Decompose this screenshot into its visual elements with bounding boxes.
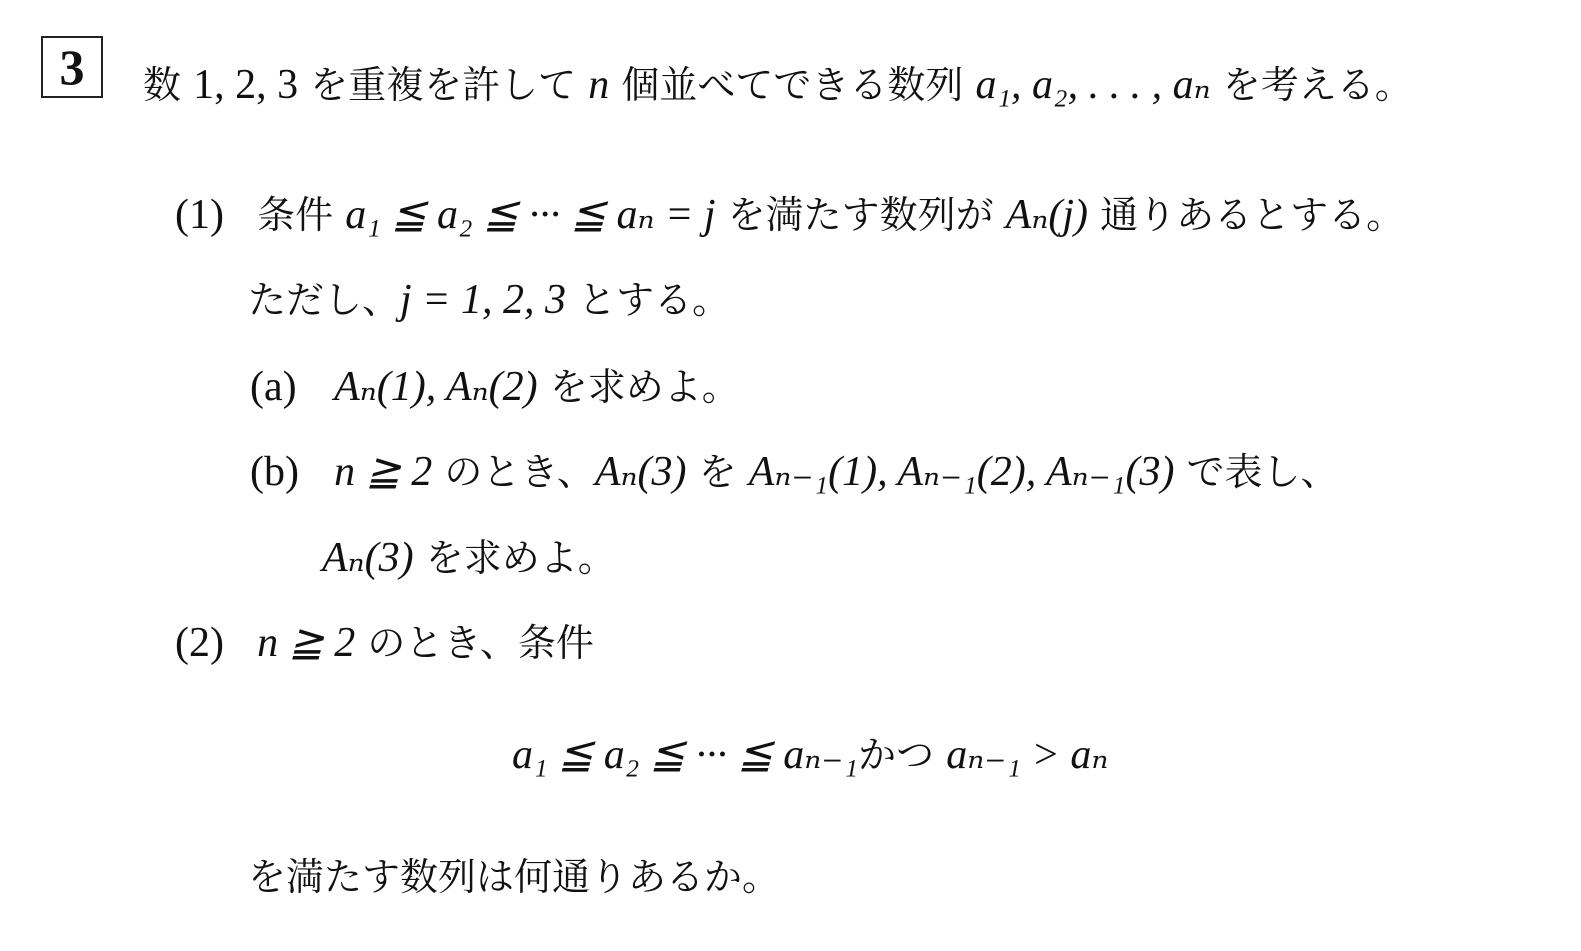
part1a-expr: Aₙ(1), Aₙ(2) — [334, 364, 538, 410]
display-right: aₙ₋₁ > aₙ — [946, 732, 1108, 778]
part1b-line2-text: を求めよ。 — [414, 536, 616, 580]
part1-expr: Aₙ(j) — [1006, 192, 1088, 238]
part1-line2-text-1: ただし、 — [248, 278, 400, 322]
part1-line2: ただし、j = 1, 2, 3 とする。 — [248, 275, 730, 325]
part1b-line2-expr: Aₙ(3) — [322, 535, 414, 581]
part2-text: のとき、条件 — [355, 621, 594, 665]
part1b-label: (b) — [250, 447, 322, 497]
part2-closing: を満たす数列は何通りあるか。 — [248, 852, 780, 902]
part2-condition: n ≧ 2 — [257, 620, 355, 666]
part1-text-1: 条件 — [257, 193, 345, 237]
part1-text-2: を満たす数列が — [716, 193, 1006, 237]
display-mid: かつ — [858, 733, 934, 777]
part1b-text-2: を — [687, 450, 749, 494]
part2-display-condition: a₁ ≦ a₂ ≦ ··· ≦ aₙ₋₁かつ aₙ₋₁ > aₙ — [512, 730, 1108, 780]
part1-line2-condition: j = 1, 2, 3 — [400, 277, 566, 323]
intro-sequence: a₁, a₂, . . . , aₙ — [975, 62, 1210, 108]
intro-text-2: を重複を許して — [298, 63, 588, 107]
problem-intro: 数 1, 2, 3 を重複を許して n 個並べてできる数列 a₁, a₂, . … — [143, 60, 1413, 110]
part1b-text-3: で表し、 — [1174, 450, 1338, 494]
intro-numbers: 1, 2, 3 — [193, 62, 298, 108]
part2-closing-text: を満たす数列は何通りあるか。 — [248, 855, 780, 899]
part1b-condition: n ≧ 2 — [334, 449, 432, 495]
part1-condition: a₁ ≦ a₂ ≦ ··· ≦ aₙ = j — [345, 192, 715, 238]
part1b-line2: Aₙ(3) を求めよ。 — [322, 533, 616, 583]
part2-line1: (2) n ≧ 2 のとき、条件 — [175, 618, 594, 668]
display-left: a₁ ≦ a₂ ≦ ··· ≦ aₙ₋₁ — [512, 732, 858, 778]
intro-text-3: 個並べてできる数列 — [609, 63, 975, 107]
part1-line2-text-2: とする。 — [566, 278, 730, 322]
intro-n: n — [588, 62, 609, 108]
part1b-expr2: Aₙ₋₁(1), Aₙ₋₁(2), Aₙ₋₁(3) — [749, 449, 1175, 495]
intro-text-4: を考える。 — [1211, 63, 1413, 107]
part1b-expr1: Aₙ(3) — [595, 449, 687, 495]
part1b-line1: (b) n ≧ 2 のとき、Aₙ(3) を Aₙ₋₁(1), Aₙ₋₁(2), … — [250, 447, 1339, 497]
intro-text-1: 数 — [143, 63, 193, 107]
problem-number-box: 3 — [41, 36, 103, 98]
part1-line1: (1) 条件 a₁ ≦ a₂ ≦ ··· ≦ aₙ = j を満たす数列が Aₙ… — [175, 190, 1404, 240]
part1a: (a) Aₙ(1), Aₙ(2) を求めよ。 — [250, 362, 740, 412]
part1-text-3: 通りあるとする。 — [1088, 193, 1404, 237]
part1-label: (1) — [175, 190, 245, 240]
part2-label: (2) — [175, 618, 245, 668]
part1b-text-1: のとき、 — [432, 450, 595, 494]
part1a-text: を求めよ。 — [538, 365, 740, 409]
part1a-label: (a) — [250, 362, 322, 412]
